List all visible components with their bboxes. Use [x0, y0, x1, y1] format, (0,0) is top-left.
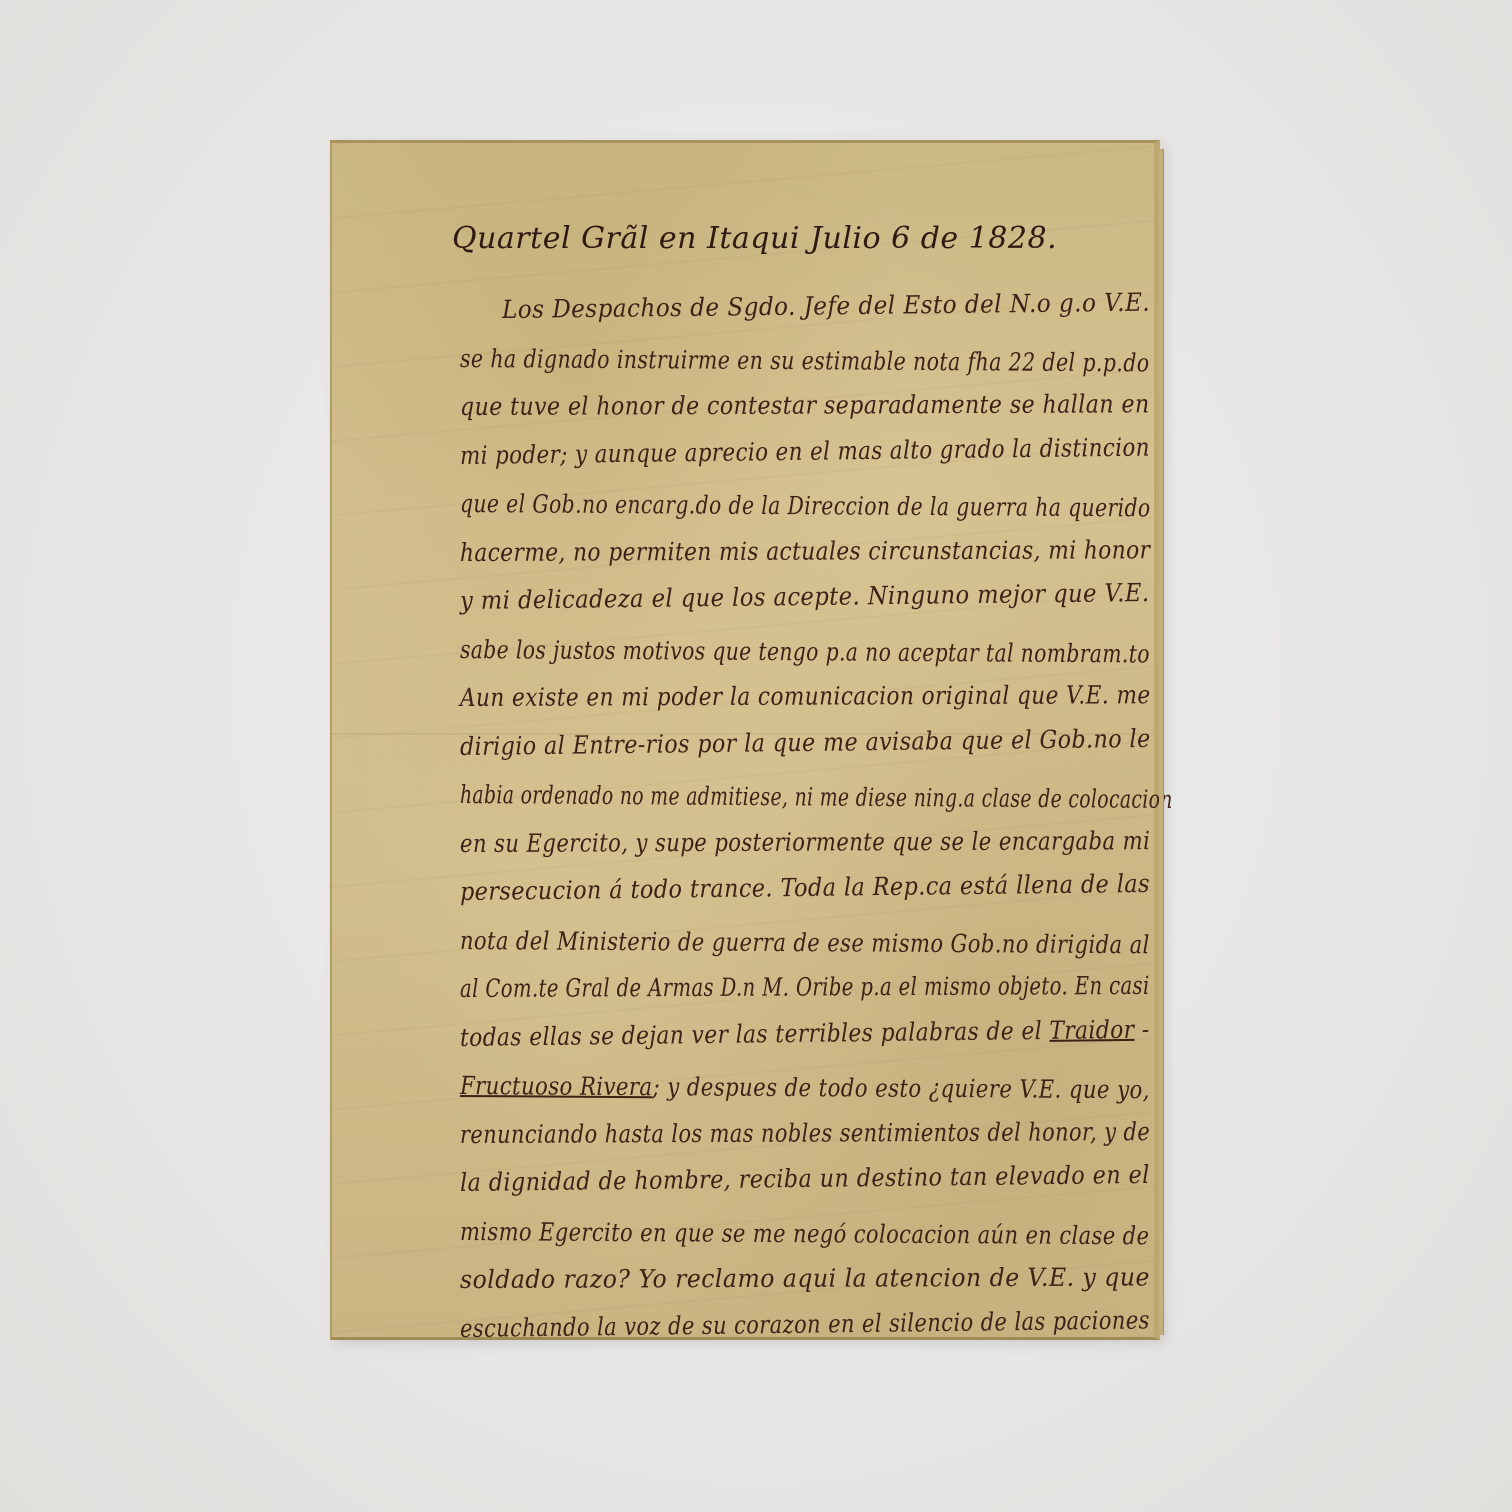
letter-line: sabe los justos motivos que tengo p.a no… — [460, 635, 1150, 668]
letter-line: en su Egercito, y supe posteriormente qu… — [460, 826, 1150, 858]
letter-line: y mi delicadeza el que los acepte. Ningu… — [460, 578, 1150, 615]
letter-line: escuchando la voz de su corazon en el si… — [460, 1305, 1150, 1343]
letter-line: renunciando hasta los mas nobles sentimi… — [460, 1117, 1150, 1149]
letter-line: soldado razo? Yo reclamo aqui la atencio… — [460, 1262, 1150, 1294]
manuscript-page: Quartel Grãl en Itaqui Julio 6 de 1828. … — [330, 140, 1160, 1340]
letter-line: Los Despachos de Sgdo. Jefe del Esto del… — [502, 288, 1150, 324]
letter-line: que el Gob.no encarg.do de la Direccion … — [460, 489, 1151, 522]
letter-line: persecucion á todo trance. Toda la Rep.c… — [460, 869, 1150, 906]
letter-line: hacerme, no permiten mis actuales circun… — [460, 535, 1150, 567]
letter-line: que tuve el honor de contestar separadam… — [460, 389, 1150, 421]
underlined-term: Traidor — [1049, 1014, 1134, 1044]
letter-line: Fructuoso Rivera; y despues de todo esto… — [460, 1071, 1150, 1104]
letter-line: al Com.te Gral de Armas D.n M. Oribe p.a… — [460, 971, 1150, 1003]
letter-line: nota del Ministerio de guerra de ese mis… — [460, 926, 1150, 959]
letter-line: la dignidad de hombre, reciba un destino… — [460, 1160, 1150, 1197]
letter-line: todas ellas se dejan ver las terribles p… — [460, 1014, 1150, 1051]
letter-line: habia ordenado no me admitiese, ni me di… — [460, 780, 1173, 814]
letter-line: dirigio al Entre-rios por la que me avis… — [460, 723, 1151, 760]
underlined-term: Fructuoso Rivera — [460, 1071, 653, 1101]
letter-line: se ha dignado instruirme en su estimable… — [460, 344, 1150, 377]
letter-line: mi poder; y aunque aprecio en el mas alt… — [460, 432, 1150, 469]
letter-line: mismo Egercito en que se me negó colocac… — [460, 1217, 1149, 1250]
dateline: Quartel Grãl en Itaqui Julio 6 de 1828. — [452, 221, 1057, 256]
letter-line: Aun existe en mi poder la comunicacion o… — [460, 680, 1151, 712]
